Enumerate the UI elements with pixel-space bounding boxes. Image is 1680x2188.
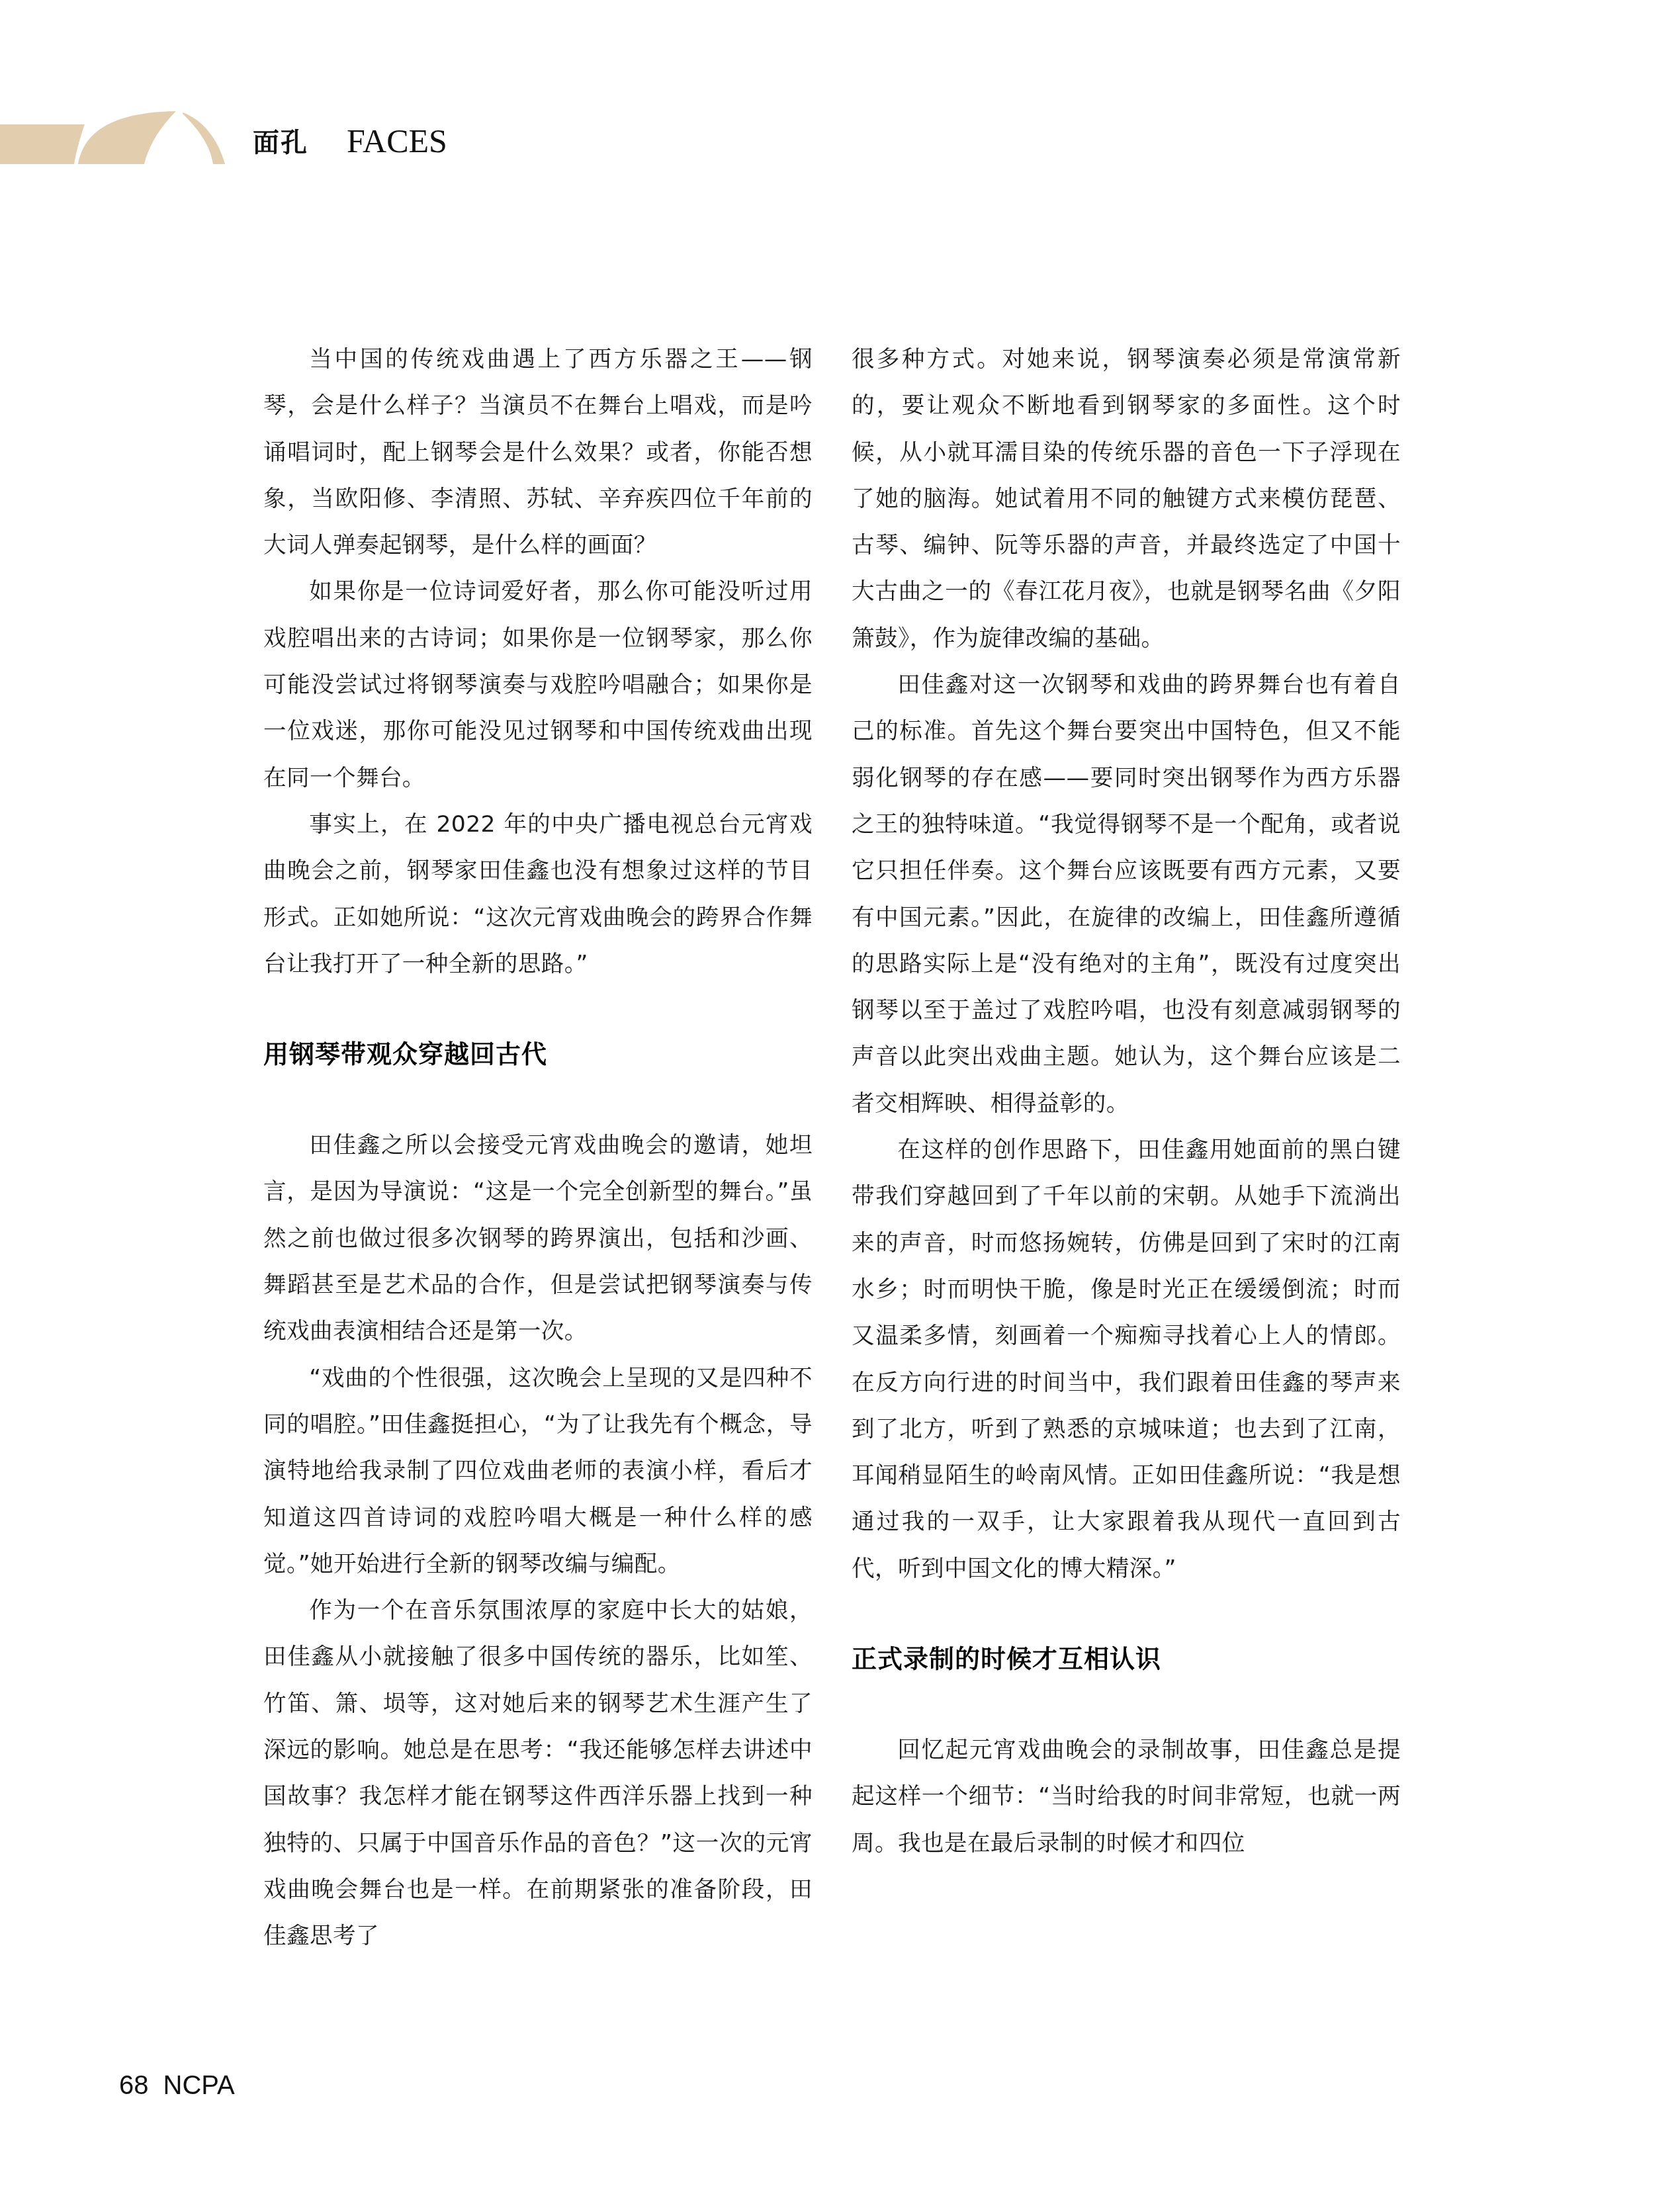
section-heading: 用钢琴带观众穿越回古代 [263, 1031, 813, 1077]
paragraph: 作为一个在音乐氛围浓厚的家庭中长大的姑娘，田佳鑫从小就接触了很多中国传统的器乐，… [263, 1587, 813, 1959]
paragraph: 事实上，在 2022 年的中央广播电视总台元宵戏曲晚会之前，钢琴家田佳鑫也没有想… [263, 801, 813, 987]
right-column: 很多种方式。对她来说，钢琴演奏必须是常演常新的，要让观众不断地看到钢琴家的多面性… [852, 336, 1401, 1866]
section-header: 面孔 FACES [0, 99, 529, 165]
section-title-chinese: 面孔 [253, 127, 308, 159]
page-number: 68 [119, 2071, 149, 2100]
paragraph: 回忆起元宵戏曲晚会的录制故事，田佳鑫总是提起这样一个细节：“当时给我的时间非常短… [852, 1727, 1401, 1866]
left-column: 当中国的传统戏曲遇上了西方乐器之王——钢琴，会是什么样子？当演员不在舞台上唱戏，… [263, 336, 813, 1960]
paragraph: 田佳鑫对这一次钢琴和戏曲的跨界舞台也有着自己的标准。首先这个舞台要突出中国特色，… [852, 662, 1401, 1127]
paragraph: 田佳鑫之所以会接受元宵戏曲晚会的邀请，她坦言，是因为导演说：“这是一个完全创新型… [263, 1122, 813, 1354]
paragraph: 当中国的传统戏曲遇上了西方乐器之王——钢琴，会是什么样子？当演员不在舞台上唱戏，… [263, 336, 813, 568]
page-footer: 68NCPA [119, 2071, 249, 2101]
section-title-english: FACES [347, 123, 447, 159]
section-heading: 正式录制的时候才互相认识 [852, 1636, 1401, 1682]
paragraph: “戏曲的个性很强，这次晚会上呈现的又是四种不同的唱腔。”田佳鑫挺担心，“为了让我… [263, 1355, 813, 1587]
paragraph: 很多种方式。对她来说，钢琴演奏必须是常演常新的，要让观众不断地看到钢琴家的多面性… [852, 336, 1401, 662]
publication-name: NCPA [163, 2071, 235, 2100]
paragraph: 在这样的创作思路下，田佳鑫用她面前的黑白键带我们穿越回到了千年以前的宋朝。从她手… [852, 1127, 1401, 1592]
paragraph: 如果你是一位诗词爱好者，那么你可能没听过用戏腔唱出来的古诗词；如果你是一位钢琴家… [263, 568, 813, 801]
